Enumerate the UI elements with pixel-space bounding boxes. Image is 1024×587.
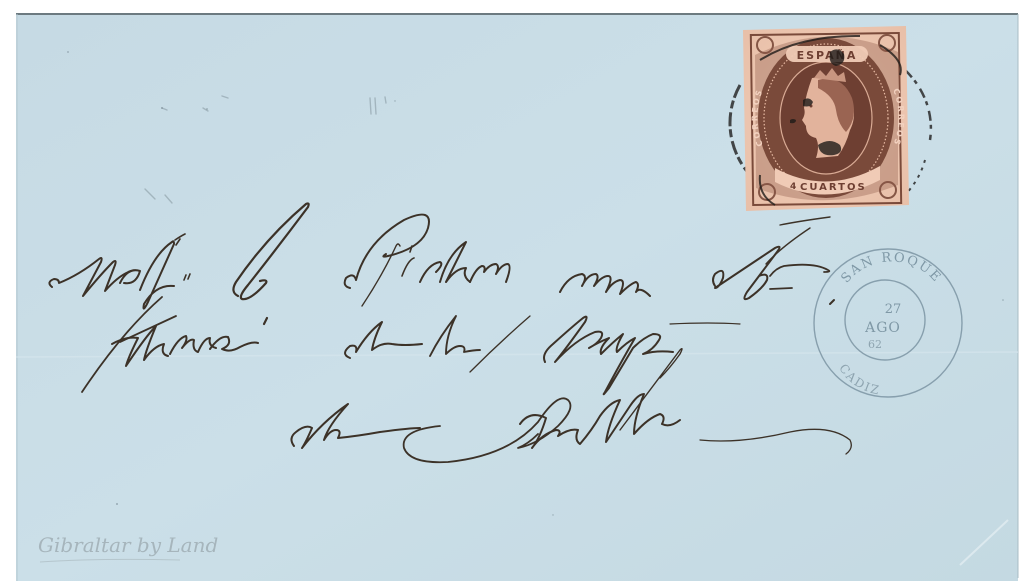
stamp-country-label: ESPAÑA [786,46,868,62]
postage-stamp: ESPAÑA CORREOS CORREOS 4 CUARTOS [743,26,909,211]
postmark-month: AGO [864,320,901,336]
svg-text:4: 4 [790,182,798,192]
postmark-day: 27 [885,302,902,317]
svg-text:CUARTOS: CUARTOS [800,182,867,193]
pencil-note-text: Gibraltar by Land [38,533,218,557]
svg-text:ESPAÑA: ESPAÑA [797,49,858,62]
postmark-year: 62 [868,338,882,351]
postal-cover-scene: ESPAÑA CORREOS CORREOS 4 CUARTOS [0,0,1024,587]
